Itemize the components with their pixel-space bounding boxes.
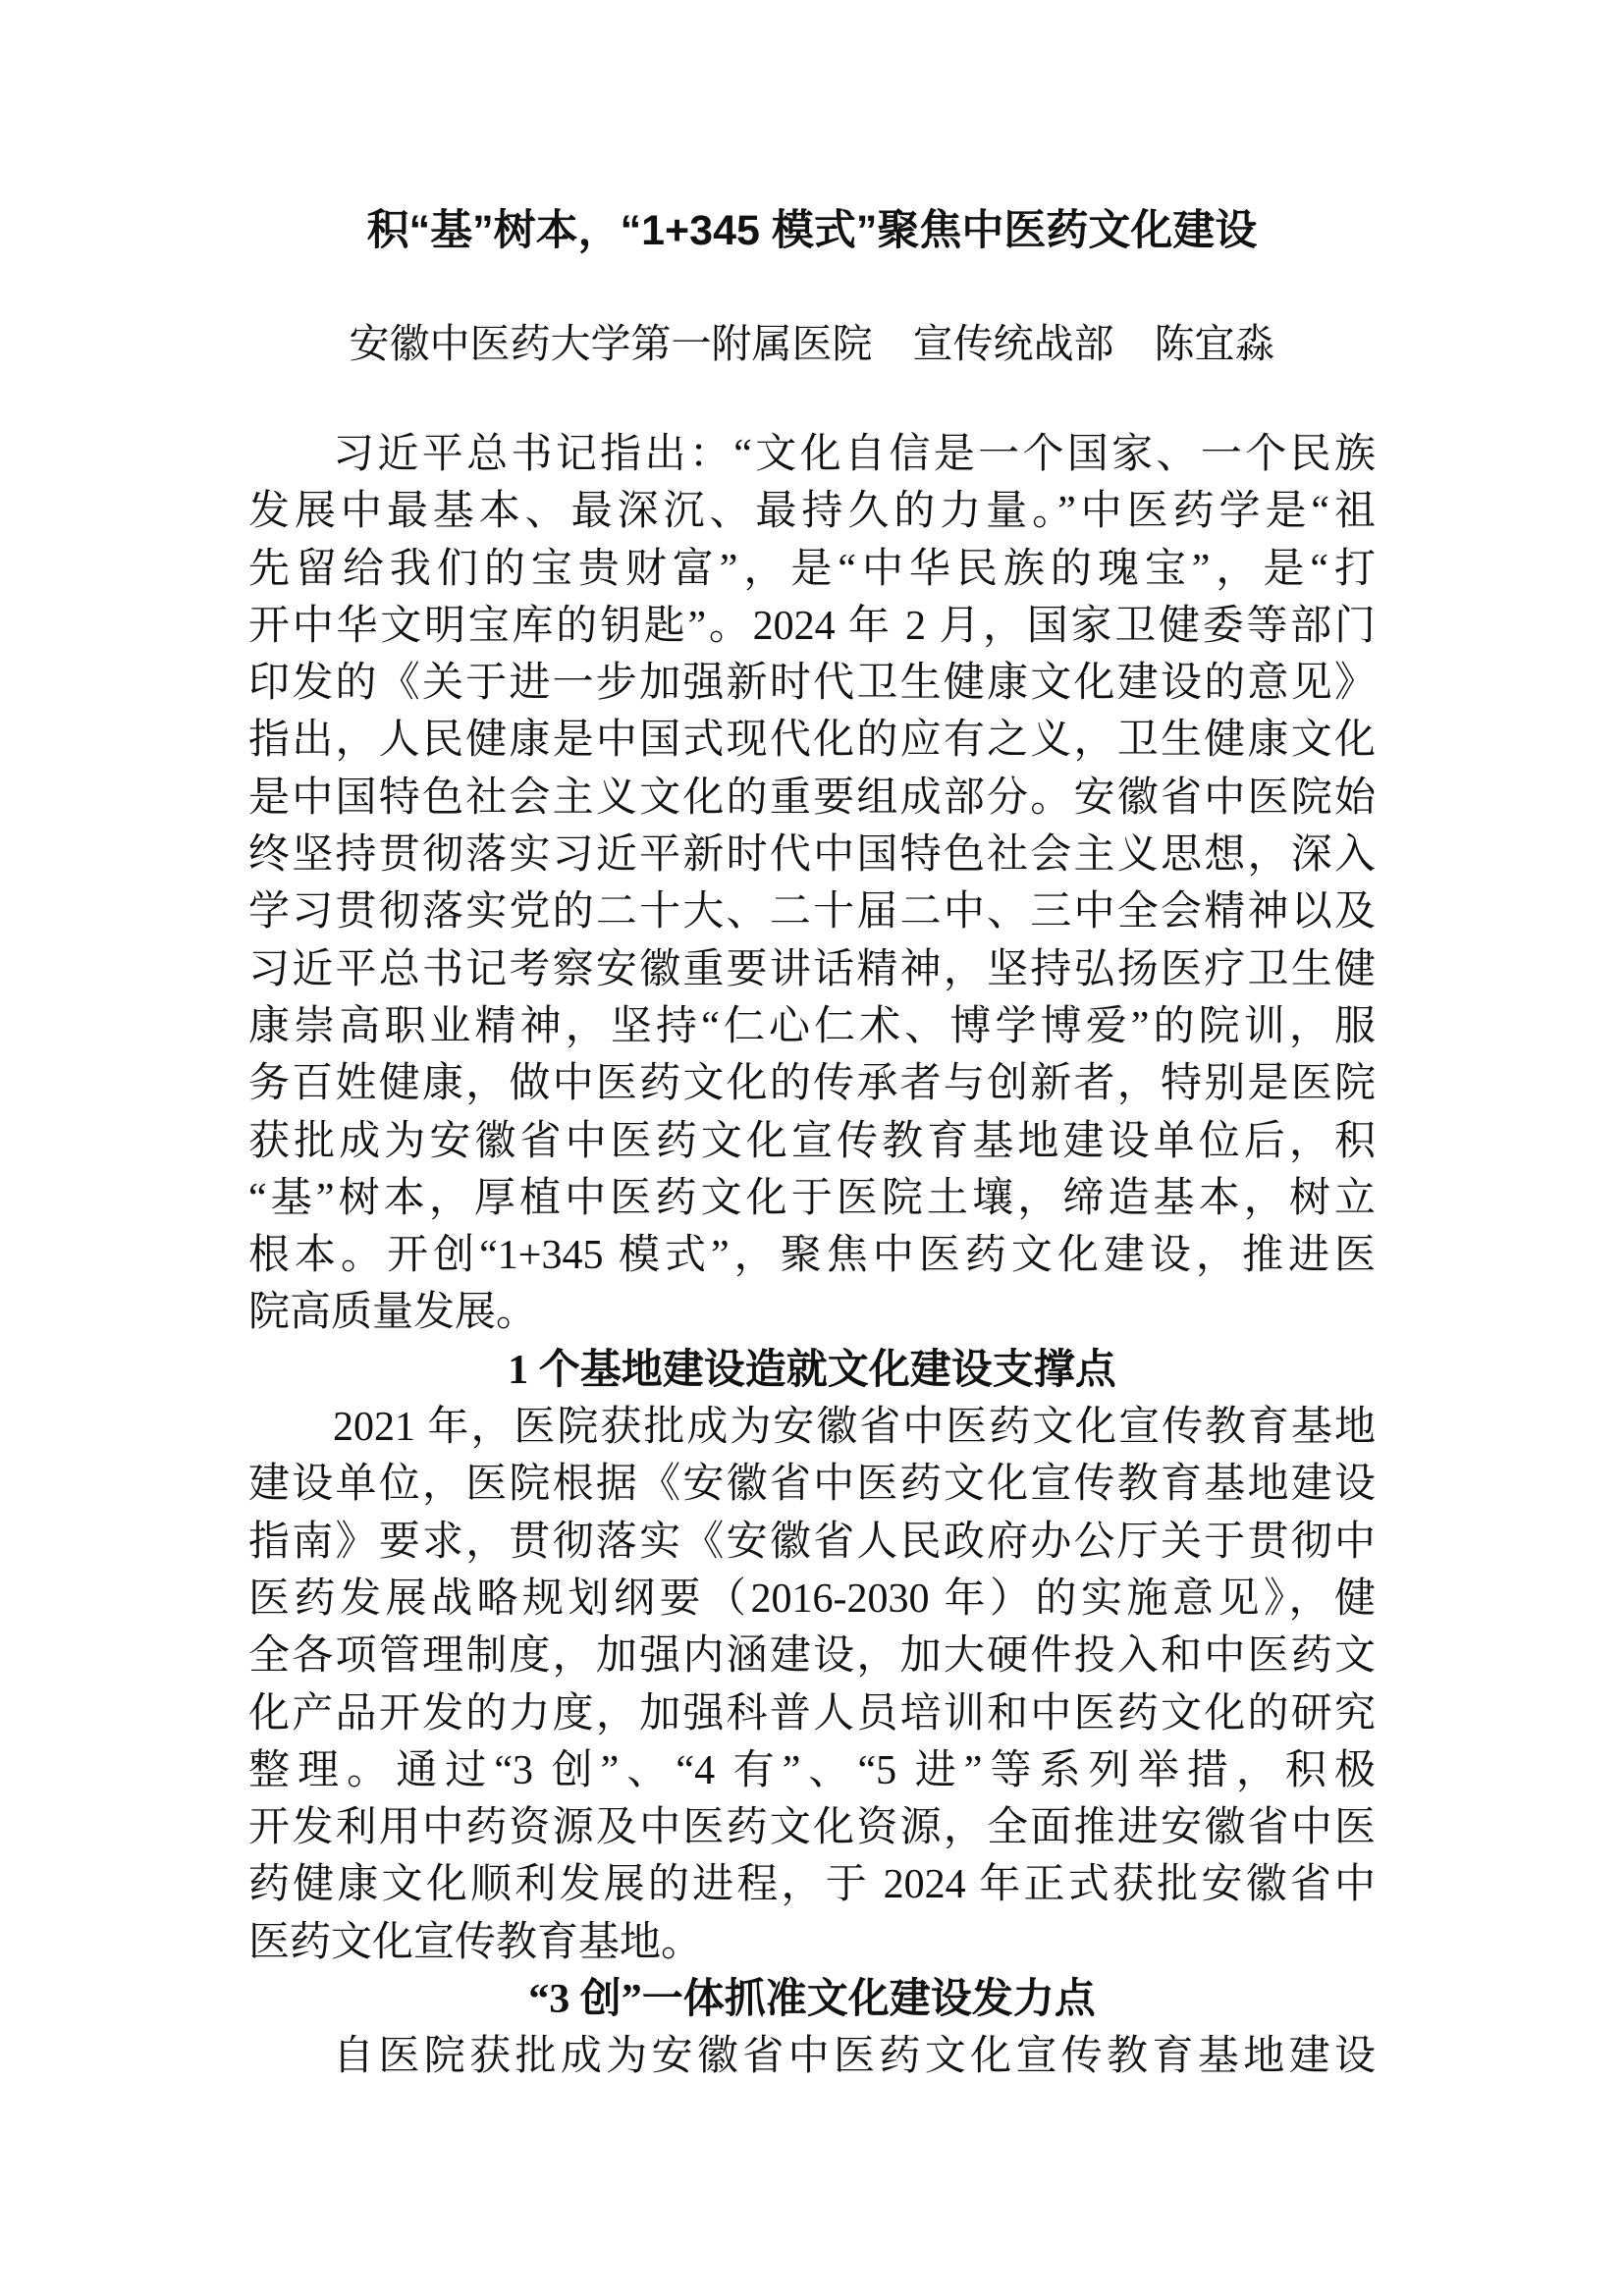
body-line: 开中华文明宝库的钥匙”。2024 年 2 月，国家卫健委等部门 <box>248 598 1376 655</box>
paragraph: 习近平总书记指出：“文化自信是一个国家、一个民族发展中最基本、最深沉、最持久的力… <box>248 426 1376 1342</box>
body-line: 医药文化宣传教育基地。 <box>248 1914 1376 1971</box>
body-line: 获批成为安徽省中医药文化宣传教育基地建设单位后，积 <box>248 1113 1376 1170</box>
body-line: 医药发展战略规划纲要（2016-2030 年）的实施意见》，健 <box>248 1571 1376 1628</box>
body-line: 发展中最基本、最深沉、最持久的力量。”中医药学是“祖 <box>248 483 1376 540</box>
section-heading: 1 个基地建设造就文化建设支撑点 <box>248 1342 1376 1399</box>
body-line: 务百姓健康，做中医药文化的传承者与创新者，特别是医院 <box>248 1055 1376 1112</box>
body-line: 习近平总书记考察安徽重要讲话精神，坚持弘扬医疗卫生健 <box>248 941 1376 998</box>
body-line: 指南》要求，贯彻落实《安徽省人民政府办公厅关于贯彻中 <box>248 1514 1376 1571</box>
body-line: 根本。开创“1+345 模式”，聚焦中医药文化建设，推进医 <box>248 1227 1376 1284</box>
body-line: 药健康文化顺利发展的进程，于 2024 年正式获批安徽省中 <box>248 1856 1376 1913</box>
body-line: 习近平总书记指出：“文化自信是一个国家、一个民族 <box>248 426 1376 483</box>
body-line: 2021 年，医院获批成为安徽省中医药文化宣传教育基地 <box>248 1399 1376 1456</box>
document-page: 积“基”树本，“1+345 模式”聚焦中医药文化建设 安徽中医药大学第一附属医院… <box>0 0 1624 2296</box>
body-line: 先留给我们的宝贵财富”，是“中华民族的瑰宝”，是“打 <box>248 541 1376 598</box>
byline: 安徽中医药大学第一附属医院 宣传统战部 陈宜淼 <box>248 315 1376 372</box>
body-line: “基”树本，厚植中医药文化于医院土壤，缔造基本，树立 <box>248 1170 1376 1227</box>
document-body: 习近平总书记指出：“文化自信是一个国家、一个民族发展中最基本、最深沉、最持久的力… <box>248 426 1376 2086</box>
body-line: 终坚持贯彻落实习近平新时代中国特色社会主义思想，深入 <box>248 827 1376 883</box>
body-line: 全各项管理制度，加强内涵建设，加大硬件投入和中医药文 <box>248 1628 1376 1684</box>
body-line: 印发的《关于进一步加强新时代卫生健康文化建设的意见》 <box>248 655 1376 712</box>
body-line: 开发利用中药资源及中医药文化资源，全面推进安徽省中医 <box>248 1799 1376 1856</box>
body-line: 自医院获批成为安徽省中医药文化宣传教育基地建设 <box>248 2028 1376 2085</box>
body-line: 指出，人民健康是中国式现代化的应有之义，卫生健康文化 <box>248 712 1376 769</box>
body-line: 是中国特色社会主义文化的重要组成部分。安徽省中医院始 <box>248 770 1376 827</box>
page-content: 积“基”树本，“1+345 模式”聚焦中医药文化建设 安徽中医药大学第一附属医院… <box>248 201 1376 2086</box>
paragraph: 2021 年，医院获批成为安徽省中医药文化宣传教育基地建设单位，医院根据《安徽省… <box>248 1399 1376 1971</box>
document-title: 积“基”树本，“1+345 模式”聚焦中医药文化建设 <box>248 201 1376 260</box>
body-line: 化产品开发的力度，加强科普人员培训和中医药文化的研究 <box>248 1685 1376 1742</box>
body-line: 院高质量发展。 <box>248 1284 1376 1341</box>
paragraph: 自医院获批成为安徽省中医药文化宣传教育基地建设 <box>248 2028 1376 2085</box>
section-heading: “3 创”一体抓准文化建设发力点 <box>248 1971 1376 2028</box>
body-line: 学习贯彻落实党的二十大、二十届二中、三中全会精神以及 <box>248 883 1376 940</box>
body-line: 建设单位，医院根据《安徽省中医药文化宣传教育基地建设 <box>248 1456 1376 1513</box>
body-line: 康崇高职业精神，坚持“仁心仁术、博学博爱”的院训，服 <box>248 998 1376 1055</box>
body-line: 整理。通过“3 创”、“4 有”、“5 进”等系列举措，积极 <box>248 1742 1376 1799</box>
